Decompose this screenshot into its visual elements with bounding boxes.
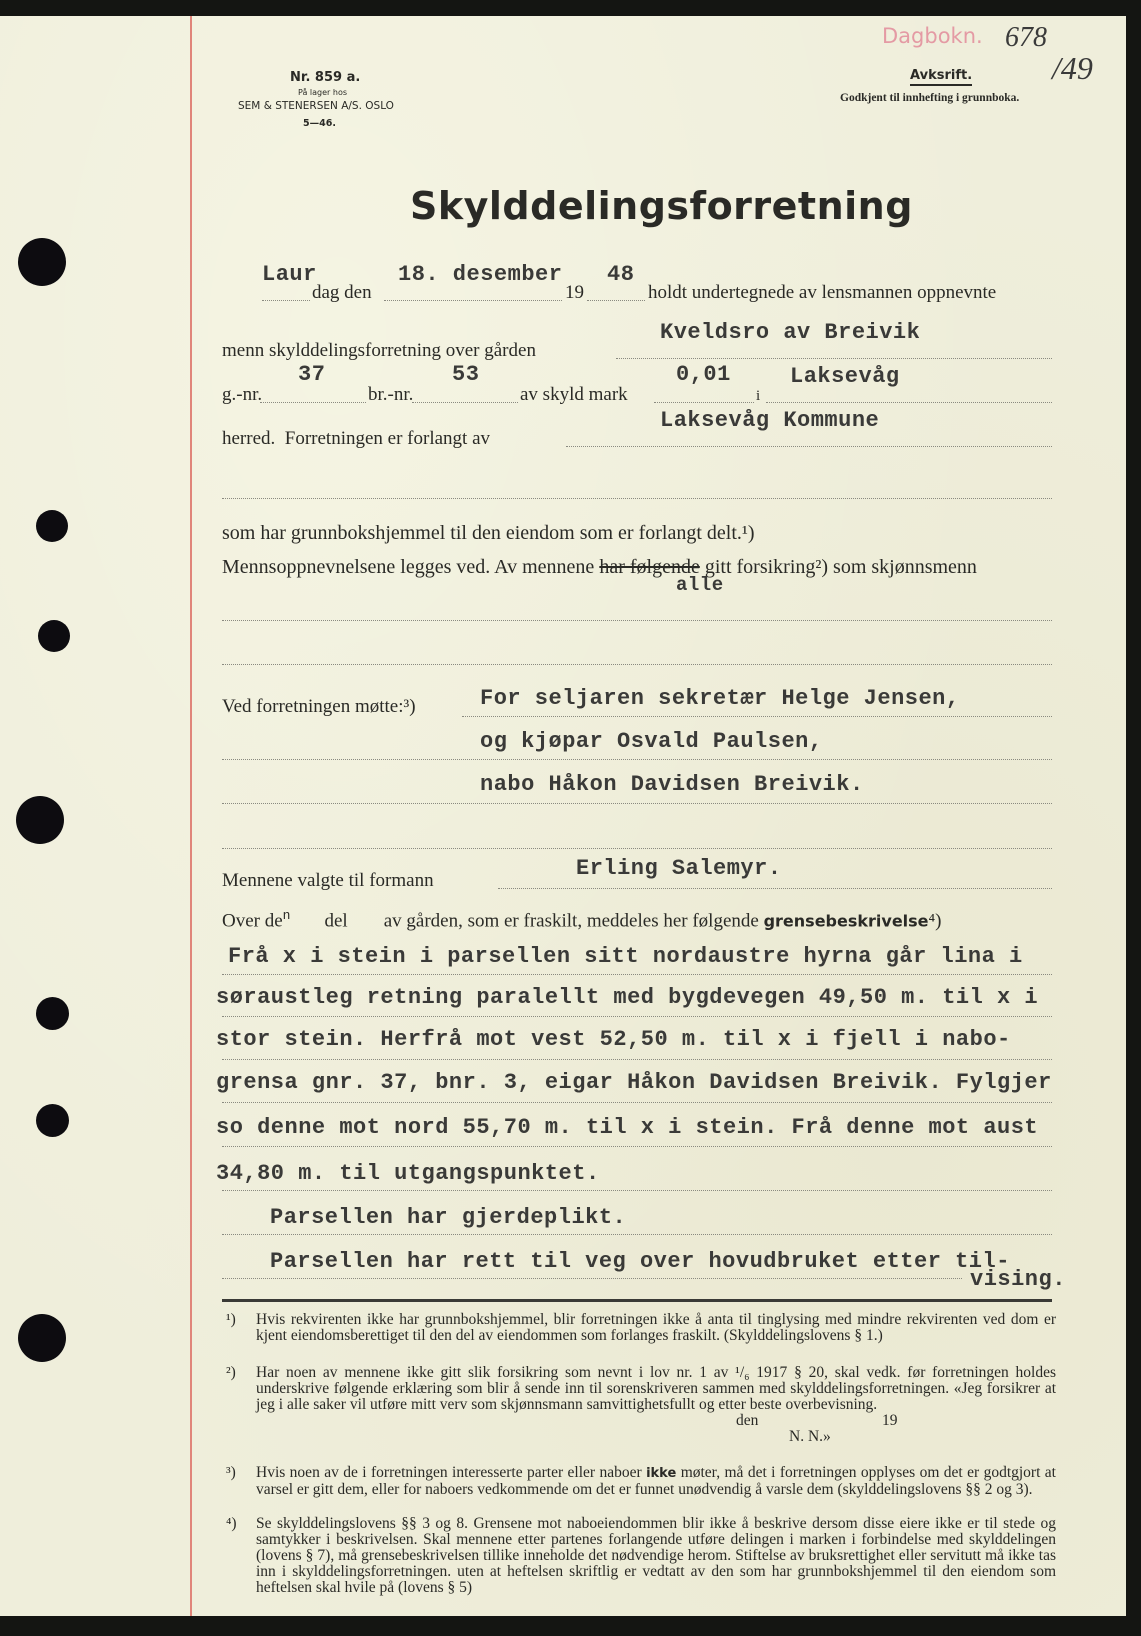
document-page: Nr. 859 a. På lager hos SEM & STENERSEN … xyxy=(0,16,1126,1616)
page-title: Skylddelingsforretning xyxy=(410,184,913,228)
form-number: Nr. 859 a. xyxy=(290,70,360,85)
label-19: 19 xyxy=(565,282,584,304)
publisher-line-1: På lager hos xyxy=(298,88,347,97)
footnote-den: den xyxy=(736,1413,758,1429)
boundary-line: stor stein. Herfrå mot vest 52,50 m. til… xyxy=(216,1027,1011,1052)
dagbok-stamp: Dagbokn. xyxy=(882,24,983,48)
red-margin-line xyxy=(190,16,192,1616)
footnote-bold-ikke: ikke xyxy=(646,1466,676,1481)
footnote-marker: ⁴) xyxy=(226,1516,237,1532)
footnote-2: ²) Har noen av mennene ikke gitt slik fo… xyxy=(226,1365,1056,1413)
attendees-label: Ved forretningen møtte:³) xyxy=(222,696,416,718)
print-date: 5—46. xyxy=(303,118,336,129)
punch-hole-icon xyxy=(18,238,66,286)
punch-hole-icon xyxy=(36,510,68,542)
footnote-text: Hvis rekvirenten ikke har grunnbokshjemm… xyxy=(256,1312,1056,1344)
label-over-garden: menn skylddelingsforretning over gården xyxy=(222,340,536,362)
grunnbok-sentence: som har grunnbokshjemmel til den eiendom… xyxy=(222,522,755,545)
text-del: del xyxy=(324,910,347,931)
boundary-line: Parsellen har gjerdeplikt. xyxy=(270,1205,626,1230)
footnote-text: Har noen av mennene ikke gitt slik forsi… xyxy=(256,1365,1056,1413)
municipality-value: Laksevåg xyxy=(790,364,900,389)
boundary-line: so denne mot nord 55,70 m. til x i stein… xyxy=(216,1115,1038,1140)
label-bnr: br.-nr. xyxy=(368,384,413,406)
footnote-3: ³) Hvis noen av de i forretningen intere… xyxy=(226,1465,1056,1498)
inserted-word: alle xyxy=(676,574,724,596)
skyld-value: 0,01 xyxy=(676,362,731,387)
boundary-line: søraustleg retning paralellt med bygdeve… xyxy=(216,985,1038,1010)
punch-hole-icon xyxy=(38,620,70,652)
journal-number-bottom: /49 xyxy=(1052,50,1093,87)
boundary-line: Frå x i stein i parsellen sitt nordaustr… xyxy=(228,944,1023,969)
approval-note: Godkjent til innhefting i grunnboka. xyxy=(840,92,1019,104)
gnr-value: 37 xyxy=(298,362,325,387)
label-holdt: holdt undertegnede av lensmannen oppnevn… xyxy=(648,282,996,304)
footnote-4: ⁴) Se skylddelingslovens §§ 3 og 8. Gren… xyxy=(226,1516,1056,1596)
punch-hole-icon xyxy=(36,997,69,1030)
footnote-marker: ²) xyxy=(226,1365,236,1381)
weekday-value: Laur xyxy=(262,262,317,287)
boundary-line: Parsellen har rett til veg over hovudbru… xyxy=(270,1249,1010,1274)
date-value: 18. desember xyxy=(398,262,562,287)
boundary-line: vising. xyxy=(970,1267,1066,1292)
attendee-line: For seljaren sekretær Helge Jensen, xyxy=(480,686,960,711)
publisher-line-2: SEM & STENERSEN A/S. OSLO xyxy=(238,100,394,112)
chairman-label: Mennene valgte til formann xyxy=(222,870,434,892)
oppnevnelse-text-before: Mennsoppnevnelsene legges ved. Av mennen… xyxy=(222,556,594,578)
chairman-value: Erling Salemyr. xyxy=(576,856,782,881)
oppnevnelse-text-after: gitt forsikring²) som skjønnsmenn xyxy=(705,556,977,578)
journal-number-top: 678 xyxy=(1005,22,1047,54)
attendee-line: og kjøpar Osvald Paulsen, xyxy=(480,729,823,754)
footnote-signature: N. N.» xyxy=(789,1429,831,1445)
boundary-line: grensa gnr. 37, bnr. 3, eigar Håkon Davi… xyxy=(216,1070,1052,1095)
label-gnr: g.-nr. xyxy=(222,384,262,406)
superscript-n: n xyxy=(283,908,291,923)
footnote-19: 19 xyxy=(882,1413,898,1429)
footnote-1: ¹) Hvis rekvirenten ikke har grunnbokshj… xyxy=(226,1312,1056,1344)
footnote-marker: ¹) xyxy=(226,1312,236,1328)
bold-grensebeskrivelse: grensebeskrivelse xyxy=(764,911,929,930)
bnr-value: 53 xyxy=(452,362,479,387)
requester-value: Laksevåg Kommune xyxy=(660,408,879,433)
boundary-line: 34,80 m. til utgangspunktet. xyxy=(216,1161,600,1186)
label-skyld: av skyld mark xyxy=(520,384,628,406)
punch-hole-icon xyxy=(36,1104,69,1137)
text-over-de: Over de xyxy=(222,910,283,931)
boundary-intro: Over dendelav gården, som er fraskilt, m… xyxy=(222,908,941,932)
footnote-ref: ⁴) xyxy=(929,910,942,931)
footnote-divider xyxy=(222,1299,1052,1302)
punch-hole-icon xyxy=(18,1314,66,1362)
label-forlangt-av: herred. Forretningen er forlangt av xyxy=(222,428,490,450)
label-i: i xyxy=(756,388,760,405)
year-value: 48 xyxy=(607,262,634,287)
copy-label: Avksrift. xyxy=(910,68,972,86)
footnote-marker: ³) xyxy=(226,1465,236,1481)
oppnevnelse-sentence: Mennsoppnevnelsene legges ved. Av mennen… xyxy=(222,556,977,579)
label-dag-den: dag den xyxy=(312,282,372,304)
footnote-text: Se skylddelingslovens §§ 3 og 8. Grensen… xyxy=(256,1516,1056,1596)
text-rest: av gården, som er fraskilt, meddeles her… xyxy=(384,910,759,931)
farm-value: Kveldsro av Breivik xyxy=(660,320,920,345)
footnote-text: Hvis noen av de i forretningen interesse… xyxy=(256,1465,1056,1498)
punch-hole-icon xyxy=(16,796,64,844)
attendee-line: nabo Håkon Davidsen Breivik. xyxy=(480,772,864,797)
footnote-text-before: Hvis noen av de i forretningen interesse… xyxy=(256,1464,642,1481)
